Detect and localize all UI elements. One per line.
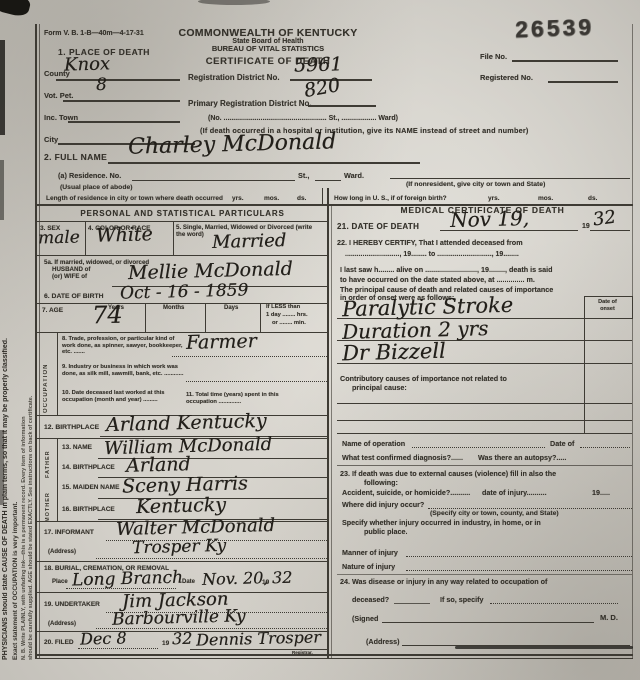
occupation-lastworked-label: 10. Date deceased last worked at this oc… — [62, 390, 178, 403]
howlong-label: How long in U. S., if of foreign birth? — [334, 195, 447, 202]
rule — [548, 81, 618, 83]
test-confirmed-label: What test confirmed diagnosis?...... — [342, 454, 463, 462]
precinct-value: 8 — [96, 77, 107, 94]
undertaker-label: 19. UNDERTAKER — [44, 601, 100, 608]
accident-label: Accident, suicide, or homicide?.........… — [342, 489, 470, 497]
rule — [35, 561, 327, 562]
age-label: 7. AGE — [42, 307, 63, 314]
certificate-number-stamp: 26539 — [515, 14, 595, 44]
marital-value: Married — [212, 232, 287, 252]
external-causes-line2: following: — [364, 479, 398, 487]
margin-note: should be carefully supplied. AGE should… — [28, 70, 34, 660]
rule — [337, 433, 632, 434]
scan-smudge — [455, 646, 633, 649]
full-name-value: Charley McDonald — [128, 131, 337, 158]
cause-of-death-line2: Duration 2 yrs — [342, 318, 489, 342]
mother-maiden-name-value: Sceny Harris — [122, 474, 248, 496]
operation-date-label: Date of — [550, 440, 574, 448]
birthplace-label: 12. BIRTHPLACE — [44, 424, 99, 432]
rule — [35, 221, 327, 222]
age-years-value: 74 — [92, 303, 123, 328]
where-injury-label: Where did injury occur? — [342, 501, 424, 509]
rule — [490, 603, 618, 604]
lastsaw-line2: to have occurred on the date stated abov… — [340, 276, 535, 284]
burial-place-value: Long Branch — [72, 570, 183, 590]
rule — [57, 438, 58, 521]
death-certificate-scan: PHYSICIANS should state CAUSE OF DEATH i… — [0, 0, 640, 680]
date-of-birth-value: Oct - 16 - 1859 — [120, 282, 249, 302]
birthplace-value: Arland Kentucky — [106, 412, 267, 435]
rule — [337, 574, 632, 575]
color-race-value: White — [96, 225, 153, 245]
rule — [308, 105, 376, 107]
primary-district-label: Primary Registration District No. — [188, 99, 312, 108]
rule — [260, 303, 261, 332]
bureau-subtitle: BUREAU OF VITAL STATISTICS — [178, 45, 358, 54]
age-less-line1: If LESS than — [266, 304, 300, 311]
rule — [584, 296, 585, 433]
dod-year-value: 32 — [592, 208, 617, 229]
signed-label: (Signed — [352, 615, 378, 623]
father-side-label: FATHER — [45, 440, 51, 478]
rule — [315, 180, 341, 181]
city-hint-street: (No. ...................................… — [208, 115, 398, 123]
specify-injury-line2: public place. — [364, 528, 408, 536]
wife-of-label: (or) WIFE of — [52, 273, 87, 280]
howlong-ds-unit: ds. — [588, 195, 597, 202]
rule — [406, 570, 632, 571]
rule — [68, 121, 180, 123]
city-label: City — [44, 136, 58, 145]
length-ds-unit: ds. — [297, 195, 306, 202]
age-days-header: Days — [224, 305, 238, 312]
length-yrs-unit: yrs. — [232, 195, 244, 202]
residence-length-label: Length of residence in city or town wher… — [46, 195, 223, 202]
ward-label: Ward. — [344, 172, 364, 180]
street-label: St., — [298, 172, 309, 180]
rule — [56, 79, 180, 81]
burial-date-value: Nov. 20, — [202, 570, 269, 588]
lastsaw-line1: I last saw h........ alive on ..........… — [340, 266, 553, 274]
rule — [440, 230, 578, 231]
registered-no-label: Registered No. — [480, 74, 533, 83]
rule — [145, 303, 146, 332]
rule — [205, 303, 206, 332]
length-mos-unit: mos. — [264, 195, 279, 202]
rule — [35, 658, 633, 659]
age-less-line3: or ........ min. — [272, 320, 306, 327]
burial-year-printed: 19 — [262, 579, 269, 586]
attending-doctor-signature: Dr Bizzell — [342, 341, 446, 365]
form-number: Form V. B. 1-B—40m—4-17-31 — [44, 30, 144, 38]
rule — [412, 447, 545, 448]
rule — [132, 180, 295, 181]
rule — [39, 24, 40, 658]
mother-birthplace-value: Kentucky — [136, 496, 226, 517]
rule — [580, 447, 630, 448]
certify-line2: ............................, 19........… — [345, 251, 519, 259]
autopsy-label: Was there an autopsy?..... — [478, 454, 566, 462]
burial-place-label: Place — [52, 579, 68, 586]
age-less-line2: 1 day ........ hrs. — [266, 312, 308, 319]
rule — [173, 221, 174, 255]
rule — [331, 204, 332, 658]
informant-address-value: Trosper Ky — [132, 538, 227, 557]
margin-note: PHYSICIANS should state CAUSE OF DEATH i… — [2, 40, 9, 660]
rule — [63, 100, 180, 102]
rule — [406, 556, 632, 557]
mother-side-label: MOTHER — [45, 480, 51, 522]
if-so-specify-label: If so, specify — [440, 596, 484, 604]
burial-date-label: Date — [182, 579, 195, 586]
father-birthplace-label: 14. BIRTHPLACE — [62, 464, 115, 471]
occupation-related-deceased-label: deceased? — [352, 596, 389, 604]
rule — [78, 648, 158, 649]
date-of-birth-label: 6. DATE OF BIRTH — [44, 293, 104, 301]
sex-value: male — [38, 229, 80, 247]
where-injury-hint: (Specify city or town, county, and State… — [430, 510, 559, 518]
rule — [327, 188, 329, 658]
rule — [35, 654, 633, 656]
rule — [512, 60, 618, 62]
onset-label-line2: onset — [584, 306, 631, 312]
rule — [172, 356, 327, 357]
scan-smudge — [198, 0, 270, 5]
occupation-industry-label: 9. Industry or business in which work wa… — [62, 364, 184, 377]
certify-line1: 22. I HEREBY CERTIFY, That I attended de… — [337, 239, 523, 247]
informant-address-label: (Address) — [48, 549, 76, 556]
burial-year-value: 32 — [272, 570, 293, 587]
primary-district-value: 820 — [303, 76, 342, 101]
spouse-value: Mellie McDonald — [128, 260, 293, 283]
occupation-side-label: OCCUPATION — [43, 337, 49, 413]
undertaker-address-value: Barbourville Ky — [112, 608, 246, 628]
filed-year-value: 32 — [172, 631, 193, 648]
registration-district-label: Registration District No. — [188, 73, 280, 82]
rule — [108, 162, 420, 164]
injury-date-label: date of injury.......... — [482, 489, 547, 497]
mother-maiden-name-label: 15. MAIDEN NAME — [62, 484, 119, 491]
nonresident-hint: (If nonresident, give city or town and S… — [406, 181, 545, 189]
rule — [337, 403, 632, 404]
rule — [632, 24, 633, 658]
registrar-label: Registrar. — [292, 650, 313, 655]
occupation-trade-value: Farmer — [186, 332, 257, 353]
margin-note: N. B. Write PLAINLY, with unfading ink—t… — [21, 50, 27, 660]
physician-address-label: (Address) — [366, 638, 400, 646]
nature-of-injury-label: Nature of injury — [342, 563, 395, 571]
rule — [428, 508, 632, 509]
scan-ink-blob — [0, 0, 32, 18]
registration-district-value: 5961 — [294, 55, 343, 75]
injury-year-label: 19..... — [592, 489, 610, 497]
rule — [66, 588, 176, 589]
rule — [35, 255, 327, 256]
rule — [390, 178, 630, 179]
onset-label-line1: Date of — [584, 299, 631, 305]
rule — [322, 188, 323, 204]
filed-year-printed: 19 — [162, 640, 169, 647]
registrar-signature: Dennis Trosper — [196, 629, 321, 648]
personal-section-heading: PERSONAL AND STATISTICAL PARTICULARS — [40, 209, 325, 218]
occupation-trade-label: 8. Trade, profession, or particular kind… — [62, 336, 184, 356]
md-label: M. D. — [600, 614, 618, 623]
father-birthplace-value: Arland — [126, 455, 191, 476]
informant-label: 17. INFORMANT — [44, 529, 94, 536]
age-months-header: Months — [163, 305, 184, 312]
rule — [96, 558, 327, 559]
howlong-yrs-unit: yrs. — [488, 195, 500, 202]
rule — [35, 24, 37, 658]
manner-of-injury-label: Manner of injury — [342, 549, 398, 557]
contributory-line2: principal cause: — [352, 384, 407, 392]
filed-label: 20. FILED — [44, 639, 74, 646]
rule — [382, 622, 594, 623]
rule — [186, 381, 327, 382]
rule — [337, 465, 632, 466]
filed-date-value: Dec 8 — [80, 630, 127, 647]
rule — [337, 420, 632, 421]
howlong-mos-unit: mos. — [538, 195, 553, 202]
dod-year-printed: 19 — [582, 223, 590, 231]
file-no-label: File No. — [480, 53, 507, 62]
residence-label: (a) Residence. No. — [58, 172, 121, 180]
date-of-death-value: Nov 19, — [450, 208, 530, 230]
date-of-death-label: 21. DATE OF DEATH — [337, 222, 419, 231]
operation-label: Name of operation — [342, 440, 405, 448]
rule — [394, 603, 430, 604]
rule — [57, 332, 58, 415]
abode-hint: (Usual place of abode) — [60, 184, 133, 192]
mother-birthplace-label: 16. BIRTHPLACE — [62, 506, 115, 513]
full-name-label: 2. FULL NAME — [44, 153, 107, 163]
father-name-label: 13. NAME — [62, 444, 92, 451]
rule — [85, 221, 86, 255]
rule — [590, 230, 630, 231]
occupation-totaltime-label: 11. Total time (years) spent in this occ… — [186, 392, 298, 405]
margin-note: Exact statement of OCCUPATION is very im… — [12, 120, 19, 660]
rule — [35, 332, 327, 333]
undertaker-address-label: (Address) — [48, 621, 76, 628]
occupation-related-line1: 24. Was disease or injury in any way rel… — [340, 578, 547, 586]
county-value: Knox — [64, 55, 110, 74]
